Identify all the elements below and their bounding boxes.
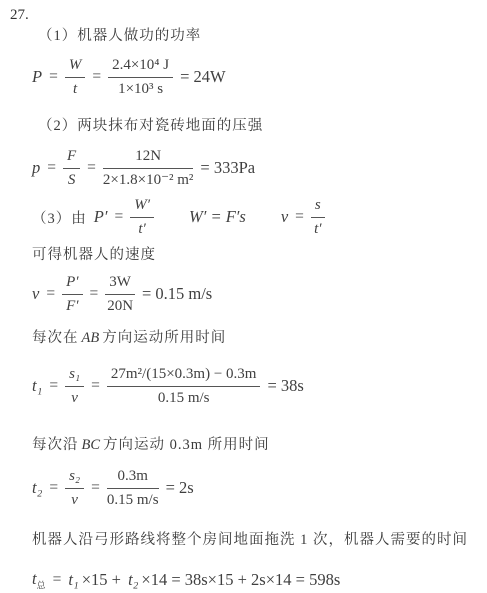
given-work-relation: W′ = F′s [189, 207, 246, 227]
fraction-denominator: v [65, 489, 84, 510]
fraction-numerator: 27m²/(15×0.3m) − 0.3m [107, 365, 261, 387]
ab-post: 方向运动所用时间 [102, 330, 226, 346]
equals-sign: = [87, 159, 96, 177]
fraction-numerator: 12N [103, 147, 194, 169]
fraction-denominator: t′ [311, 218, 325, 239]
fraction-denominator: v [65, 387, 84, 408]
fraction-symbolic: s₂ v [65, 467, 84, 510]
fraction-symbolic: F S [63, 147, 80, 190]
equals-sign: = [114, 208, 123, 226]
ttotal-lhs: t总 [32, 569, 46, 591]
given-p1-lhs: P′ [94, 207, 108, 227]
fraction-numerator: P′ [62, 273, 82, 295]
fraction-symbolic: P′ F′ [62, 273, 82, 316]
fraction-numerator: F [63, 147, 80, 169]
speed-result: = 0.15 m/s [142, 284, 212, 304]
fraction-numerator: s₂ [65, 467, 84, 489]
equals-sign: = [49, 479, 58, 497]
fraction-denominator: 0.15 m/s [107, 489, 159, 510]
pressure-lhs: p [32, 158, 40, 178]
fraction-denominator: F′ [62, 295, 82, 316]
bc-pre: 每次沿 [32, 437, 79, 453]
formula-pressure: p = F S = 12N 2×1.8×10⁻² m² = 333Pa [32, 144, 475, 192]
problem-number: 27. [10, 6, 475, 24]
ttotal-op1: ×15 + [82, 570, 125, 590]
fraction-numerator: 2.4×10⁴ J [108, 56, 173, 78]
fraction-denominator: 1×10³ s [108, 78, 173, 99]
power-lhs: P [32, 67, 42, 87]
fraction-denominator: t [65, 78, 86, 99]
fraction-w-over-t: W′ t′ [130, 196, 154, 239]
fraction-symbolic: W t [65, 56, 86, 99]
speed-lhs: v [32, 284, 39, 304]
bc-time-intro-text: 每次沿BC方向运动 0.3m 所用时间 [32, 435, 475, 455]
speed-intro-text: 可得机器人的速度 [32, 245, 475, 265]
equals-sign: = [49, 377, 58, 395]
fraction-numeric: 2.4×10⁴ J 1×10³ s [108, 56, 173, 99]
formula-t2: t₂ = s₂ v = 0.3m 0.15 m/s = 2s [32, 463, 475, 513]
document-page: 27. （1）机器人做功的功率 P = W t = 2.4×10⁴ J 1×10… [0, 0, 487, 591]
equals-sign: = [90, 285, 99, 303]
given-v-lhs: v [281, 207, 288, 227]
fraction-numerator: s₁ [65, 365, 84, 387]
equals-sign: = [49, 68, 58, 86]
bc-post: 方向运动 0.3m 所用时间 [103, 437, 270, 453]
t2-lhs: t₂ [32, 478, 42, 498]
work-equation: W′ = F′s [189, 207, 246, 227]
fraction-numerator: W′ [130, 196, 154, 218]
equals-sign: = [46, 285, 55, 303]
equals-sign: = [92, 68, 101, 86]
ttotal-op2-result: ×14 = 38s×15 + 2s×14 = 598s [141, 570, 340, 590]
t1-lhs: t₁ [32, 376, 42, 396]
pressure-result: = 333Pa [200, 158, 255, 178]
fraction-numeric: 12N 2×1.8×10⁻² m² [103, 147, 194, 190]
fraction-denominator: S [63, 169, 80, 190]
fraction-numerator: s [311, 196, 325, 218]
equals-sign: = [91, 377, 100, 395]
fraction-numeric: 27m²/(15×0.3m) − 0.3m 0.15 m/s [107, 365, 261, 408]
bc-variable: BC [82, 437, 101, 453]
ttotal-subscript: 总 [37, 580, 46, 590]
fraction-denominator: 2×1.8×10⁻² m² [103, 169, 194, 190]
power-result: = 24W [180, 67, 226, 87]
t2-result: = 2s [166, 478, 194, 498]
equals-sign: = [53, 571, 62, 589]
part2-heading: （2）两块抹布对瓷砖地面的压强 [38, 116, 475, 136]
formula-given-relations: （3）由 P′ = W′ t′ W′ = F′s v = s t′ [32, 194, 475, 240]
fraction-numerator: 0.3m [107, 467, 159, 489]
part1-heading: （1）机器人做功的功率 [38, 26, 475, 46]
formula-speed: v = P′ F′ = 3W 20N = 0.15 m/s [32, 271, 475, 317]
equals-sign: = [47, 159, 56, 177]
fraction-numerator: 3W [105, 273, 135, 295]
fraction-numerator: W [65, 56, 86, 78]
equals-sign: = [295, 208, 304, 226]
formula-t1: t₁ = s₁ v = 27m²/(15×0.3m) − 0.3m 0.15 m… [32, 360, 475, 412]
ab-pre: 每次在 [32, 330, 79, 346]
fraction-symbolic: s₁ v [65, 365, 84, 408]
given-speed-relation: v = s t′ [281, 196, 325, 239]
ttotal-term1: t₁ [68, 570, 78, 590]
total-time-intro-text: 机器人沿弓形路线将整个房间地面拖洗 1 次，机器人需要的时间 [32, 530, 475, 550]
fraction-denominator: 20N [105, 295, 135, 316]
formula-power: P = W t = 2.4×10⁴ J 1×10³ s = 24W [32, 55, 475, 99]
part3-prefix: （3）由 [32, 207, 87, 228]
formula-total-time: t总 = t₁ ×15 + t₂ ×14 = 38s×15 + 2s×14 = … [32, 569, 475, 591]
equals-sign: = [91, 479, 100, 497]
ab-time-intro-text: 每次在AB方向运动所用时间 [32, 328, 475, 348]
fraction-numeric: 3W 20N [105, 273, 135, 316]
ab-variable: AB [82, 330, 100, 346]
t1-result: = 38s [267, 376, 303, 396]
fraction-denominator: 0.15 m/s [107, 387, 261, 408]
fraction-numeric: 0.3m 0.15 m/s [107, 467, 159, 510]
fraction-s-over-t: s t′ [311, 196, 325, 239]
fraction-denominator: t′ [130, 218, 154, 239]
ttotal-term2: t₂ [128, 570, 138, 590]
